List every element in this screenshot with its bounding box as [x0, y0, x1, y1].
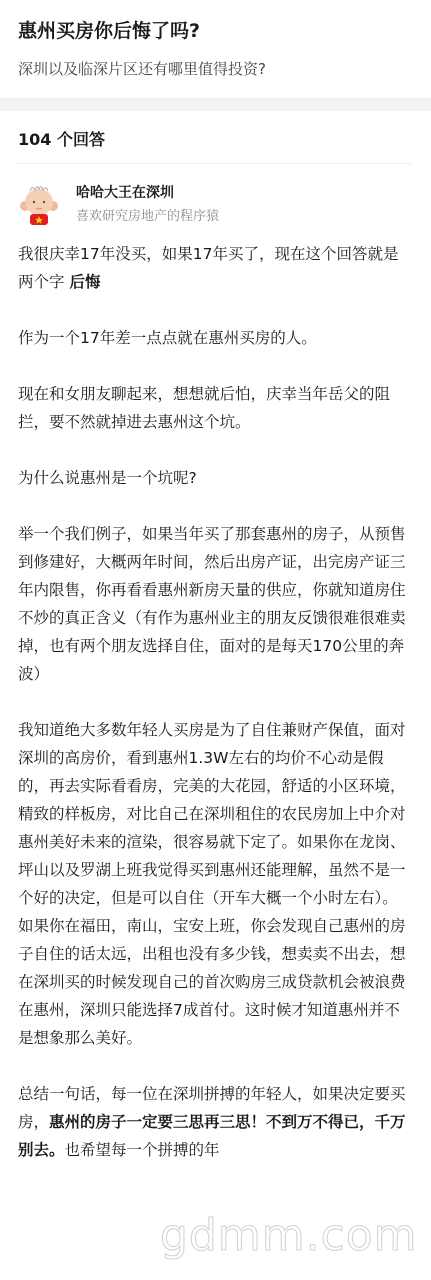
paragraph: 总结一句话，每一位在深圳拼搏的年轻人，如果决定要买房，惠州的房子一定要三思再三思…: [18, 1080, 413, 1164]
cartoon-child-avatar-icon: [18, 182, 60, 226]
paragraph: 现在和女朋友聊起来，想想就后怕，庆幸当年岳父的阻拦，要不然就掉进去惠州这个坑。: [18, 380, 413, 436]
answer-count[interactable]: 104 个回答: [18, 127, 105, 150]
question-detail: 深圳以及临深片区还有哪里值得投资?: [18, 58, 413, 80]
paragraph: 举一个我们例子，如果当年买了那套惠州的房子，从预售到修建好，大概两年时间，然后出…: [18, 520, 413, 688]
watermark: gdmm.com: [160, 1210, 418, 1261]
answer-content: 我很庆幸17年没买，如果17年买了，现在这个回答就是两个字 后悔 作为一个17年…: [18, 240, 413, 1192]
paragraph: 作为一个17年差一点点就在惠州买房的人。: [18, 324, 413, 352]
avatar[interactable]: [18, 182, 60, 226]
author-name[interactable]: 哈哈大王在深圳: [76, 182, 174, 202]
bold-text: 后悔: [69, 273, 100, 291]
paragraph-text: 也希望每一个拼搏的年: [65, 1141, 220, 1159]
section-separator: [0, 98, 431, 111]
paragraph: 为什么说惠州是一个坑呢?: [18, 464, 413, 492]
paragraph: 我很庆幸17年没买，如果17年买了，现在这个回答就是两个字 后悔: [18, 240, 413, 296]
question-header: 惠州买房你后悔了吗? 深圳以及临深片区还有哪里值得投资?: [0, 0, 431, 98]
divider: [18, 163, 413, 164]
question-title[interactable]: 惠州买房你后悔了吗?: [18, 18, 413, 44]
author-info: 哈哈大王在深圳 喜欢研究房地产的程序猿: [18, 180, 413, 230]
paragraph: 我知道绝大多数年轻人买房是为了自住兼财产保值，面对深圳的高房价，看到惠州1.3W…: [18, 716, 413, 1052]
author-bio: 喜欢研究房地产的程序猿: [76, 205, 219, 224]
